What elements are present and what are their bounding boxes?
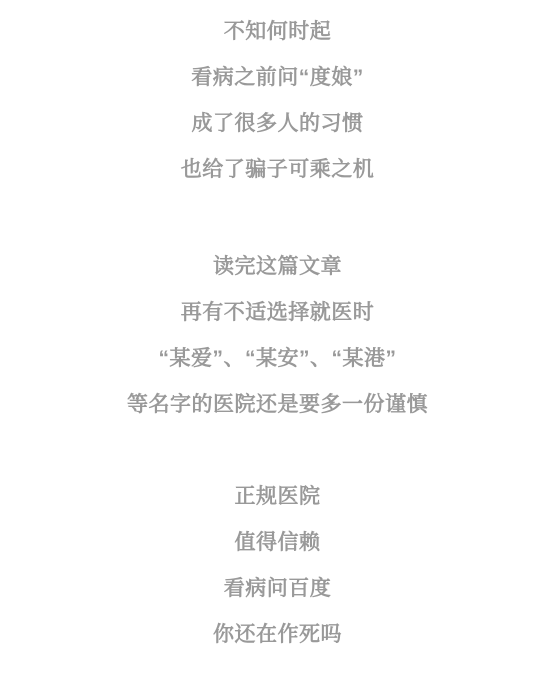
- text-line: 正规医院: [0, 474, 555, 520]
- text-line: 成了很多人的习惯: [0, 101, 555, 147]
- text-line: 读完这篇文章: [0, 244, 555, 290]
- article-text-body: 不知何时起 看病之前问“度娘” 成了很多人的习惯 也给了骗子可乘之机 读完这篇文…: [0, 0, 555, 658]
- paragraph-closing: 正规医院 值得信赖 看病问百度 你还在作死吗: [0, 474, 555, 658]
- text-line: 不知何时起: [0, 9, 555, 55]
- paragraph-intro: 不知何时起 看病之前问“度娘” 成了很多人的习惯 也给了骗子可乘之机: [0, 9, 555, 193]
- paragraph-advice: 读完这篇文章 再有不适选择就医时 “某爱”、“某安”、“某港” 等名字的医院还是…: [0, 244, 555, 428]
- text-line: 你还在作死吗: [0, 612, 555, 658]
- text-line: 再有不适选择就医时: [0, 290, 555, 336]
- text-line: 值得信赖: [0, 520, 555, 566]
- text-line: 等名字的医院还是要多一份谨慎: [0, 382, 555, 428]
- text-line: “某爱”、“某安”、“某港”: [0, 336, 555, 382]
- text-line: 看病之前问“度娘”: [0, 55, 555, 101]
- text-line: 看病问百度: [0, 566, 555, 612]
- text-line: 也给了骗子可乘之机: [0, 147, 555, 193]
